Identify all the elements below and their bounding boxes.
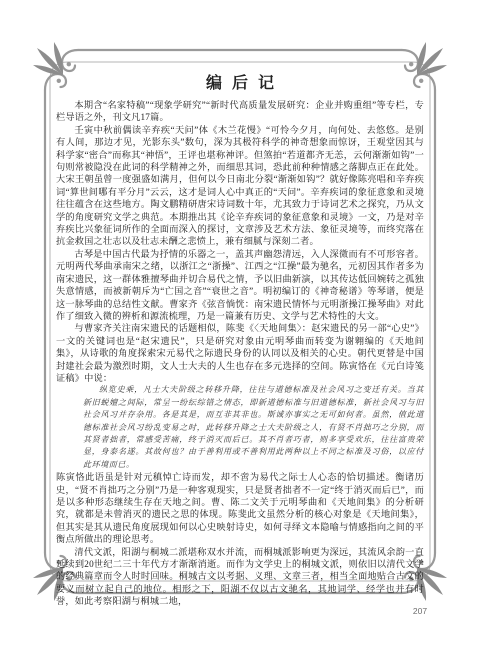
paragraph-issue-summary: 本期含“名家特稿”“现象学研究”“新时代高质量发展研究：企业并购重组”等专栏，专…: [56, 99, 424, 124]
paragraph-tiandijianji: 与曹家齐关注南宋遗民的话题相似，陈斐《〈天地间集〉：赵宋遗民的另一部“心史”》一…: [56, 322, 424, 384]
blockquote-chen-yinke: 纵览史乘，凡士大夫阶级之转移升降，往往与道德标准及社会风习之变迁有关。当其新旧蜕…: [56, 384, 424, 471]
paragraph-guqin: 古琴是中国古代最为抒情的乐器之一，盖其声幽怨清远，入人深微而有不可形容者。元明两…: [56, 248, 424, 322]
paragraph-quote-comment: 陈寅恪此语虽是针对元稹悼亡诗而发，却不啻为易代之际士人心态的恰切描述。衡诸历史，…: [56, 471, 424, 545]
paragraph-xin-qiji: 壬寅中秋前偶读辛弃疾“天问”体《木兰花慢》“可怜今夕月，向何处、去悠悠。是别有人…: [56, 124, 424, 248]
page: 编后记 本期含“名家特稿”“现象学研究”“新时代高质量发展研究：企业并购重组”等…: [0, 0, 480, 647]
paragraph-tongcheng: 清代文派，阳湖与桐城二派堪称双水并流，而桐城派影响更为深远，其流风余韵一直延续到…: [56, 546, 424, 608]
article-body: 本期含“名家特稿”“现象学研究”“新时代高质量发展研究：企业并购重组”等专栏，专…: [56, 99, 424, 608]
page-number: 207: [400, 606, 440, 616]
page-title: 编后记: [0, 70, 480, 93]
